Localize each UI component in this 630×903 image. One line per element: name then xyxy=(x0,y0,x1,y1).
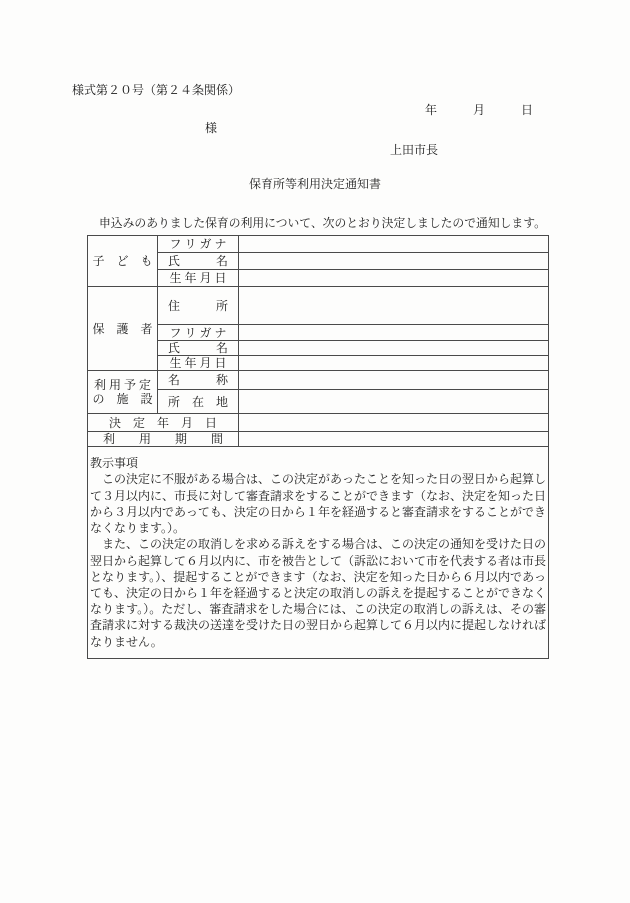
table-row: 決 定 年 月 日 xyxy=(88,414,549,432)
guardian-birthdate-label: 生 年 月 日 xyxy=(158,356,239,371)
table-row: フ リ ガ ナ xyxy=(88,325,549,341)
facility-name-label: 名 称 xyxy=(158,371,239,390)
issue-date-line: 年 月 日 xyxy=(425,103,533,117)
facility-location-label: 所 在 地 xyxy=(158,390,239,414)
decision-date-value xyxy=(239,414,549,432)
table-row: 教示事項 この決定に不服がある場合は、この決定があったことを知った日の翌日から起… xyxy=(88,447,549,659)
application-form-table: 子 ど も フ リ ガ ナ 氏 名 生 年 月 日 保 護 者 住 所 フ リ … xyxy=(87,235,549,659)
intro-paragraph: 申込みのありました保育の利用について、次のとおり決定しましたので通知します。 xyxy=(87,216,546,231)
notice-section: 教示事項 この決定に不服がある場合は、この決定があったことを知った日の翌日から起… xyxy=(88,447,549,659)
child-birthdate-value xyxy=(239,270,549,287)
guardian-furigana-label: フ リ ガ ナ xyxy=(158,325,239,341)
guardian-category-cell: 保 護 者 xyxy=(88,287,158,371)
child-furigana-value xyxy=(239,236,549,253)
facility-category-line1: 利 用 予 定 xyxy=(90,378,155,392)
notice-paragraph-2: また、この決定の取消しを求める訴えをする場合は、この決定の通知を受けた日の翌日か… xyxy=(90,536,546,649)
decision-date-label: 決 定 年 月 日 xyxy=(88,414,239,432)
guardian-name-value xyxy=(239,341,549,356)
usage-period-value xyxy=(239,432,549,447)
table-row: 生 年 月 日 xyxy=(88,270,549,287)
facility-location-value xyxy=(239,390,549,414)
child-category-cell: 子 ど も xyxy=(88,236,158,287)
usage-period-label: 利 用 期 間 xyxy=(88,432,239,447)
table-row: 子 ど も フ リ ガ ナ xyxy=(88,236,549,253)
child-birthdate-label: 生 年 月 日 xyxy=(158,270,239,287)
addressee-suffix: 様 xyxy=(205,121,217,135)
table-row: 氏 名 xyxy=(88,341,549,356)
guardian-furigana-value xyxy=(239,325,549,341)
form-number: 様式第２０号（第２４条関係） xyxy=(72,83,240,97)
notice-heading: 教示事項 xyxy=(90,455,546,471)
child-name-label: 氏 名 xyxy=(158,253,239,270)
child-name-value xyxy=(239,253,549,270)
table-row: 利 用 期 間 xyxy=(88,432,549,447)
sender-name: 上田市長 xyxy=(390,143,438,157)
table-row: 氏 名 xyxy=(88,253,549,270)
guardian-address-label: 住 所 xyxy=(158,287,239,325)
guardian-address-value xyxy=(239,287,549,325)
table-row: 利 用 予 定 の 施 設 名 称 xyxy=(88,371,549,390)
document-title: 保育所等利用決定通知書 xyxy=(0,177,630,192)
table-row: 生 年 月 日 xyxy=(88,356,549,371)
guardian-birthdate-value xyxy=(239,356,549,371)
child-furigana-label: フ リ ガ ナ xyxy=(158,236,239,253)
facility-category-cell: 利 用 予 定 の 施 設 xyxy=(88,371,158,414)
document-page: 様式第２０号（第２４条関係） 年 月 日 様 上田市長 保育所等利用決定通知書 … xyxy=(0,0,630,903)
notice-paragraph-1: この決定に不服がある場合は、この決定があったことを知った日の翌日から起算して３月… xyxy=(90,471,546,536)
guardian-name-label: 氏 名 xyxy=(158,341,239,356)
facility-name-value xyxy=(239,371,549,390)
facility-category-line2: の 施 設 xyxy=(90,392,155,406)
table-row: 保 護 者 住 所 xyxy=(88,287,549,325)
table-row: 所 在 地 xyxy=(88,390,549,414)
